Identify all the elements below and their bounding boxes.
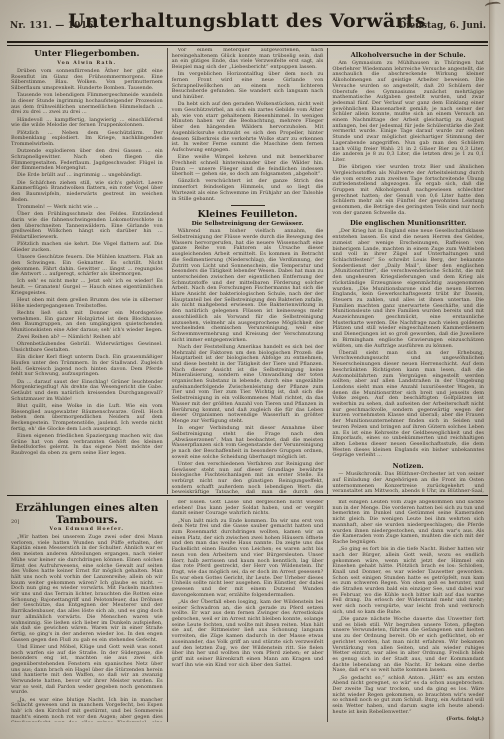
paragraph: Heut oben mit dem grellen Brumm des wie … [11,298,163,309]
feuilleton-body: Während man bisher vielfach annahm, die … [172,229,324,494]
serial-body-2: der Essen. Gott Lasse und dergleichen ni… [172,500,324,668]
notes-list: — Musikchronik. Das Blüthner-Orchester i… [332,472,484,494]
paragraph: Eine weiße Wimpel kehren und mit bemerkb… [172,155,324,178]
paragraph: Die Erde brüllt auf ... ingrimmig ... un… [11,173,163,179]
column-1: Unter Fliegerbomben. Von Alwin Rath. Drü… [7,48,167,494]
feuilleton-subheading: Die Selbstreinigung der Gewässer. [172,221,324,227]
serial-column-3: mit einigen Leuten vom Zuge abgekommen u… [328,500,488,722]
installment-number: 20] [11,519,19,525]
paragraph: Die Schäfchen ziehen still, wie sich's g… [11,181,163,204]
masthead: Nr. 131. — 1916. Unterhaltungsblatt des … [8,10,486,40]
paragraph: Ein dicker Kerl fliegt unterm Dach. Ein … [11,355,163,378]
serial-heading: Erzählungen eines alten Tambours. [11,502,163,526]
note-item: — Musikchronik. Das Blüthner-Orchester i… [332,472,484,494]
paragraph: „Der Krieg hat in England eine neue Gese… [332,229,484,349]
paragraph: Im vergeblichen Horizontalflug über dem … [172,72,324,101]
article-continuation: Vor einem meterquer aufgeworfenen, nach … [172,48,324,202]
column-2: Vor einem meterquer aufgeworfenen, nach … [167,48,329,494]
paragraph: Da ... darauf saust der Einschlag! Grüne… [11,380,163,403]
continuation-note-wrap: (Forts. folgt.) [332,717,484,722]
newspaper-page: Nr. 131. — 1916. Unterhaltungsblatt des … [0,0,504,739]
serial-byline: Von Edmund Hoefer. [11,527,163,532]
notes-heading: Notizen. [332,462,484,470]
paragraph: Dutzende explodieren über den drei Gasse… [11,149,163,172]
serial-column-2: der Essen. Gott Lasse und dergleichen ni… [167,500,329,722]
paragraph: Unter den verschiedenen Verfahren zur Re… [172,462,324,494]
paragraph: „Nun laßt mich zu Ende kommen. Da wir un… [172,519,324,599]
paragraph: Einen eigenen friedlichen Spaziergang ma… [11,434,163,457]
article-heading-munitionsritter: Die englischen Munitionsritter. [332,219,484,227]
paragraph: Tausende von lebendigem Flimmergeschmeid… [11,93,163,116]
paragraph: Ich seh' es nicht mehr ... Jetzt seh' ic… [11,279,163,296]
paragraph: „Ja, es war eine blutige Nacht. Ich bin … [11,698,163,722]
munitions-body: „Der Krieg hat in England eine neue Gese… [332,229,484,459]
serial-body-3: mit einigen Leuten vom Zuge abgekommen u… [332,500,484,716]
paragraph: Die übrigen vier wurden trotz Bier und ä… [332,165,484,216]
paragraph: Plötzlich machen sie kehrt. Die Vögel fl… [11,242,163,253]
paragraph: Gänzlich verschüchtert ist der ganze Str… [172,179,324,202]
masthead-rule-thick [7,41,488,43]
paragraph: „So gedacht so,“ schloß Anton. „Hätt' es… [332,676,484,716]
paragraph: „Wir hatten bei unserem Zuge zwei oder d… [11,535,163,643]
paragraph: In enger Verbindung mit dieser Annahme ü… [172,426,324,460]
serial-body-1: „Wir hatten bei unserem Zuge zwei oder d… [11,535,163,722]
column-3: Alkoholversuche in der Schule. Am Gymnas… [328,48,488,494]
article-body: Drüben vom sonnenflirrenden Äther her gi… [11,69,163,457]
article-byline: Von Alwin Rath. [11,61,163,66]
paragraph: Während man bisher vielfach annahm, die … [172,229,324,343]
article-heading-alkoholversuche: Alkoholversuche in der Schule. [332,51,484,59]
paragraph: „Die ganze nächste Woche dauerte das Unw… [332,617,484,674]
serial-heading-block: 20] Erzählungen eines alten Tambours. Vo… [11,502,163,532]
section-divider [231,205,265,206]
serial-section-rule [7,495,488,496]
alkohol-body: Am Gymnasium zu Mühlhausen in Thüringen … [332,61,484,216]
paragraph: Blut quillt, eine Wolke in die Luft. Wie… [11,404,163,433]
paragraph: Unsere Geschütze feuern. Die Mühlen knat… [11,255,163,278]
paragraph: Da hebt sich auf den geraden Wolkenstück… [172,102,324,153]
continuation-note: (Forts. folgt.) [332,717,484,722]
paragraph: Rechts ließ sich mit Donner ein Mordsget… [11,311,163,334]
masthead-rule-thin [7,45,488,46]
paragraph: Über den Frühlingsschmelz des Feldes. En… [11,212,163,241]
paragraph: „Als der Überfall eben losging, kam der … [172,600,324,668]
paragraph: Trommeln! — Werk nicht wie ... [11,205,163,211]
paragraph: „So ging es fort bis in die tiefe Nacht.… [332,547,484,615]
paragraph: Plötzlich ... Neben dem Geschützlärm. De… [11,131,163,148]
article-heading-fliegerbomben: Unter Fliegerbomben. [11,49,163,59]
paragraph: Zwei Reihen ab? — Nämlich! Reihen ab! [11,335,163,341]
issue-date: Dienstag, 6. Juni. [398,21,486,31]
page-edge [489,0,504,739]
paragraph: Am Gymnasium zu Mühlhausen in Thüringen … [332,61,484,164]
paragraph: mit einigen Leuten vom Zuge abgekommen u… [332,500,484,546]
paragraph: Drüben vom sonnenflirrenden Äther her gi… [11,69,163,92]
paragraph: Vor einem meterquer aufgeworfenen, nach … [172,48,324,71]
serial-columns: 20] Erzählungen eines alten Tambours. Vo… [7,500,488,722]
feuilleton-heading: Kleines Feuilleton. [172,209,324,220]
paragraph: Nach der Feststellung Amerikas handelt e… [172,345,324,425]
paragraph: Und Eimer und Möbel, Klüge und Gott weiß… [11,645,163,696]
paragraph: Überall sieht man sich an der Erhebung, … [332,351,484,459]
paragraph: Händevoll ... kampffertig, langwierig ..… [11,118,163,129]
paragraph: der Essen. Gott Lasse und dergleichen ni… [172,500,324,517]
serial-column-1: 20] Erzählungen eines alten Tambours. Vo… [7,500,167,722]
top-columns: Unter Fliegerbomben. Von Alwin Rath. Drü… [7,48,488,494]
paragraph: Ohrenbetäubendes Gebrüll. Widerwärtiges … [11,342,163,353]
